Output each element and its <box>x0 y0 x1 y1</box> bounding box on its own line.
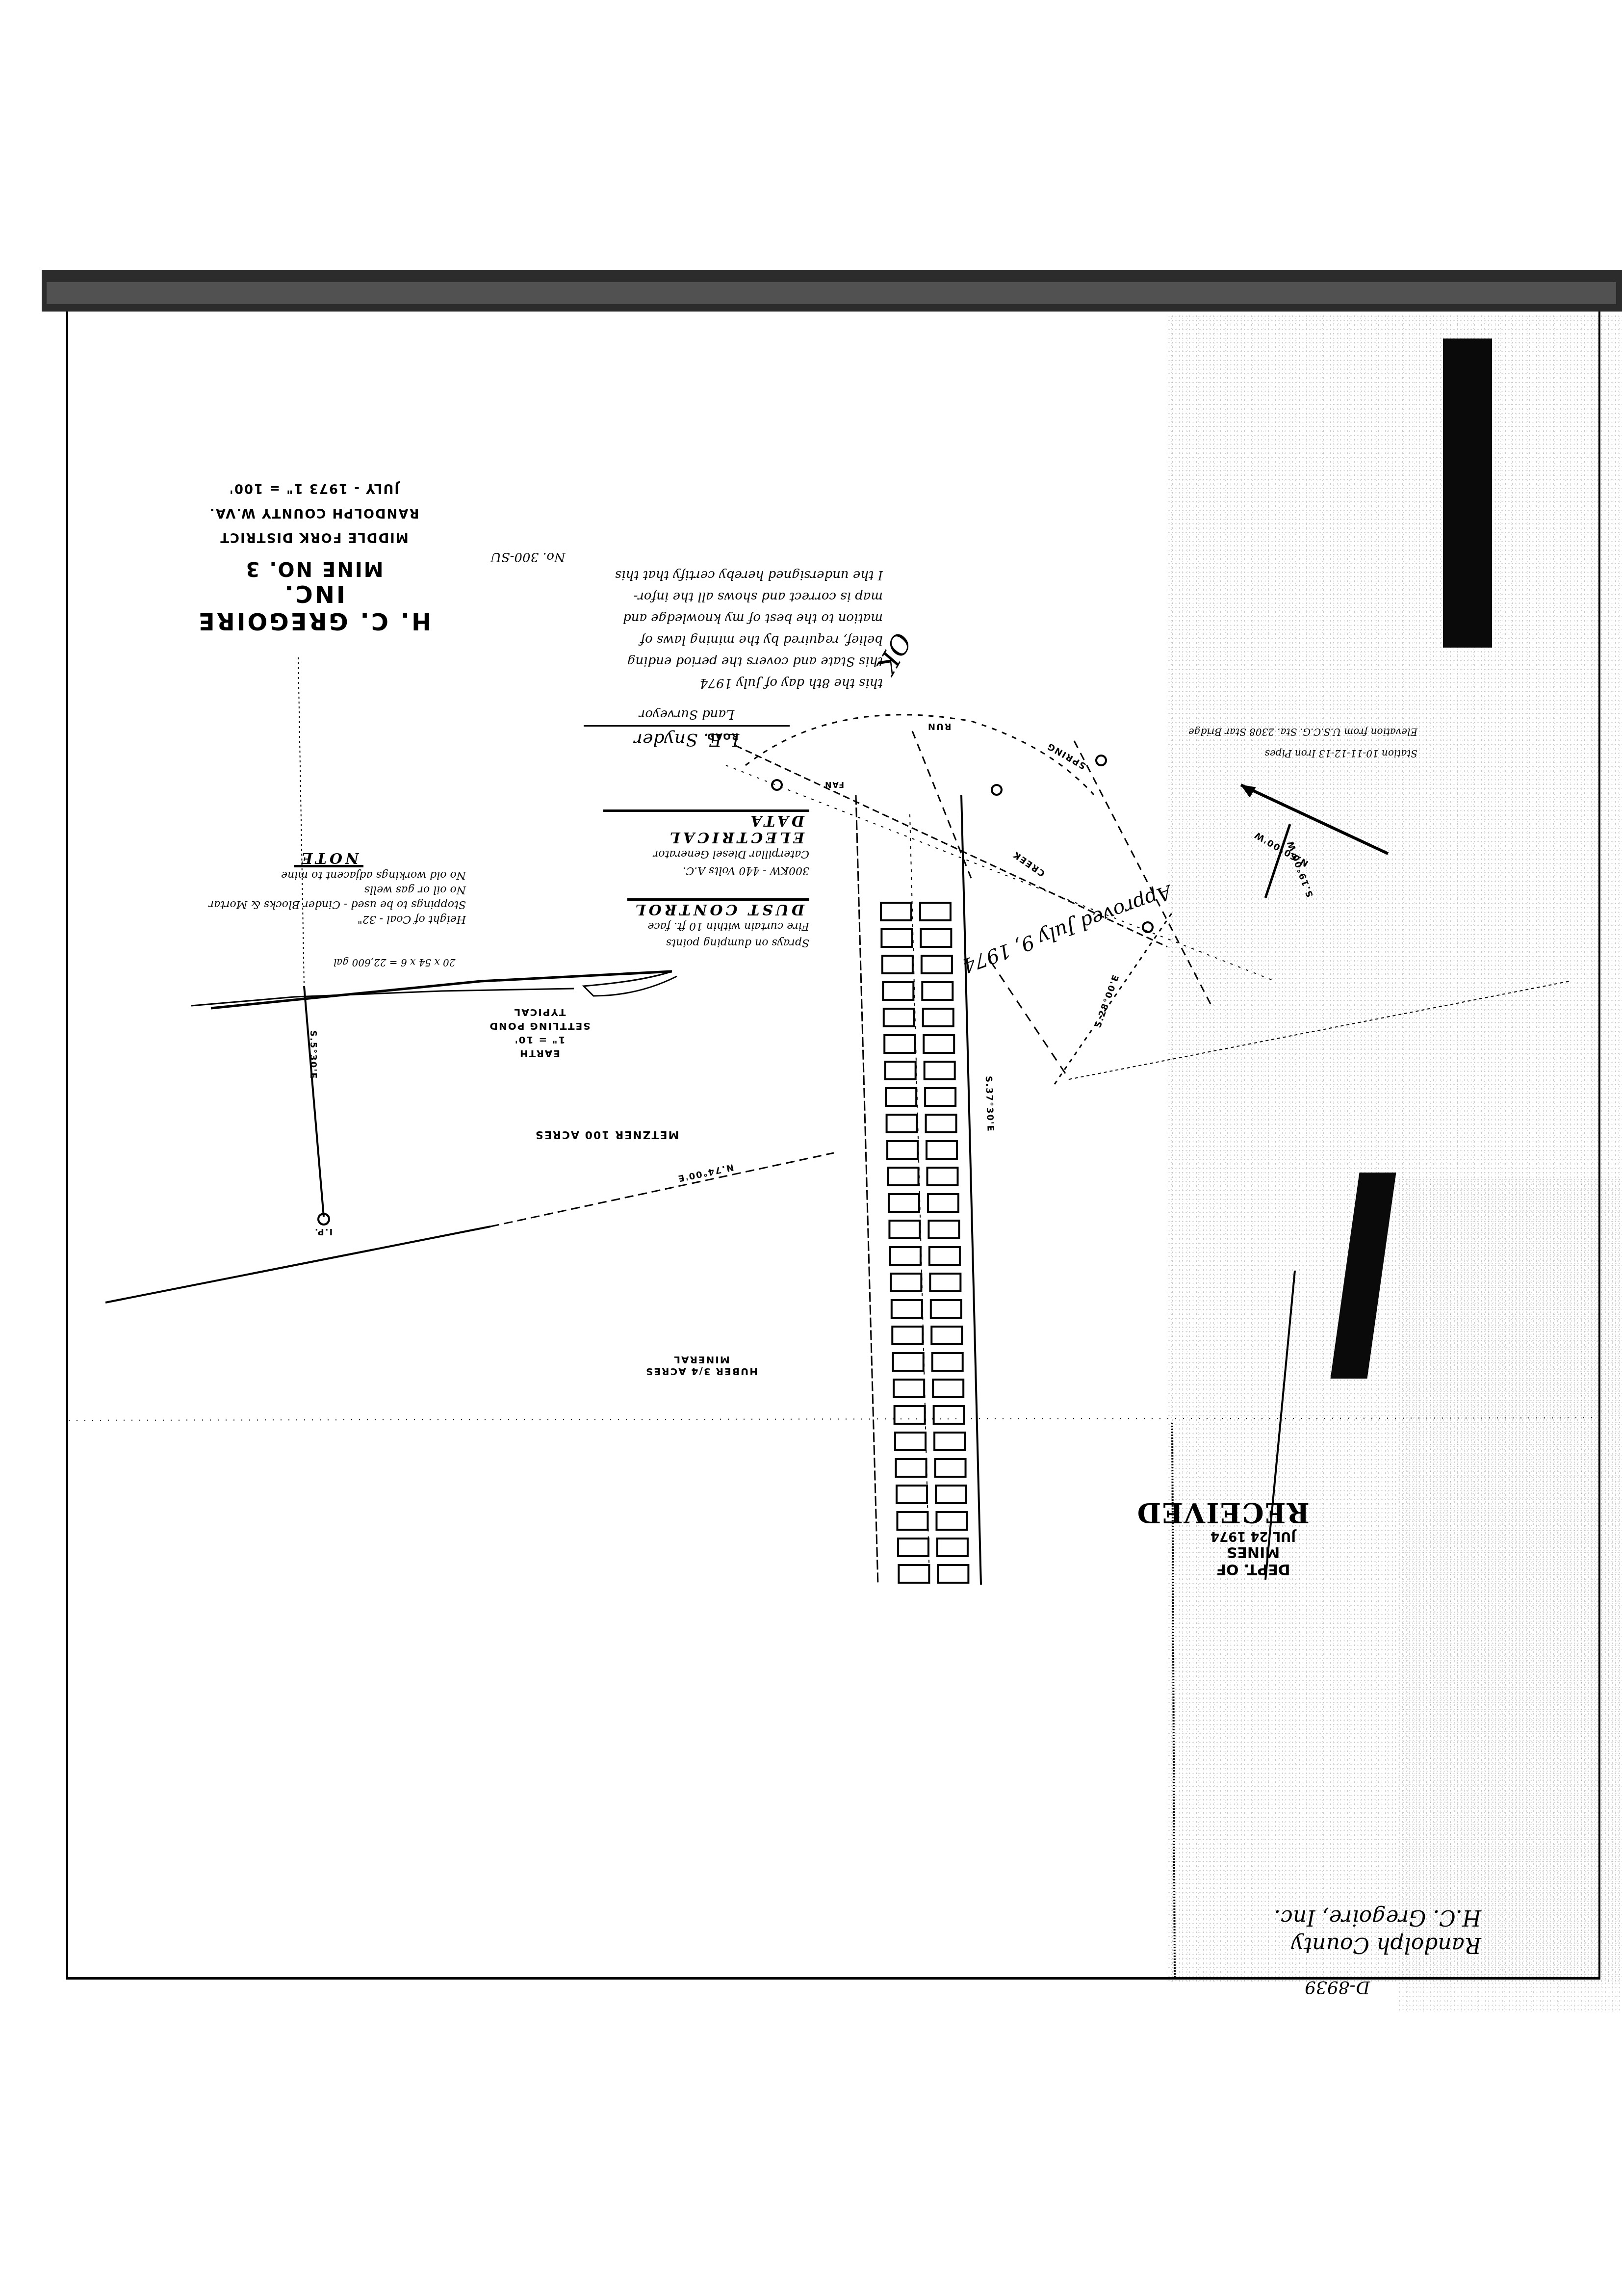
company-name: H. C. GREGOIRE INC. <box>186 580 441 635</box>
property-line-vertical <box>304 986 324 1217</box>
cert-line-2: map is correct and shows all the infor- <box>490 586 883 607</box>
pond-label-scale: 1" = 10' <box>481 1033 598 1047</box>
date-scale: JULY - 1973 1" = 100' <box>186 481 441 496</box>
surveyor-title: Land Surveyor <box>490 704 883 725</box>
cert-line-6: this the 8th day of July 1974 <box>490 672 883 694</box>
pond-label-name: SETTLING POND <box>481 1019 598 1033</box>
bearing-label: S.37°30'E <box>983 1076 996 1132</box>
note-line-3: Stoppings to be used - Cinder Blocks & M… <box>191 897 466 912</box>
pond-label-earth: EARTH <box>481 1047 598 1061</box>
road-label: ROAD <box>706 731 739 741</box>
received-stamp: DEPT. OF MINES JUL 24 1974 RECEIVED <box>1197 1496 1310 1578</box>
property-line <box>105 1226 490 1303</box>
mine-entry-right <box>961 795 981 1585</box>
filing-code: D-8939 <box>1305 1977 1370 1997</box>
fan-label: FAN <box>824 780 844 789</box>
electrical-data-heading: ELECTRICAL DATA <box>603 809 809 845</box>
huber-label: HUBER 3/4 ACRES MINERAL <box>643 1354 760 1378</box>
cert-line-4: belief, required by the mining laws of <box>490 629 883 651</box>
elevation-note-2: Station 10-11-12-13 Iron Pipes <box>1123 743 1417 764</box>
pond-label-typical: TYPICAL <box>481 1006 598 1019</box>
surveyor-signature: L.E. Snyder <box>490 729 883 750</box>
electrical-data: Sprays on dumping points Fire curtain wi… <box>603 809 809 951</box>
surveyor-license: No. 300-SU <box>490 549 566 564</box>
elevation-notes: Station 10-11-12-13 Iron Pipes Elevation… <box>1123 721 1417 764</box>
certification-text: L.E. Snyder Land Surveyor this the 8th d… <box>490 564 883 750</box>
iron-pin-label: I.P. <box>314 1226 333 1237</box>
run-label: RUN <box>927 721 952 731</box>
property-line-east <box>1069 981 1570 1079</box>
county: RANDOLPH COUNTY W.VA. <box>186 505 441 520</box>
fold-line <box>69 1418 1599 1420</box>
cert-line-1: I the undersigned hereby certify that th… <box>490 564 883 586</box>
bearing-label: S.5°30'E <box>308 1030 318 1079</box>
cert-line-5: this State and covers the period ending <box>490 651 883 672</box>
filing-company: H.C. Gregoire, Inc. <box>1256 1904 1481 1931</box>
mine-pillars <box>881 903 968 1583</box>
stamp-date: JUL 24 1974 <box>1197 1529 1310 1543</box>
note-line-4: Height of Coal - 32" <box>191 912 466 926</box>
dust-control-heading: DUST CONTROL <box>627 898 809 917</box>
title-block: H. C. GREGOIRE INC. MINE NO. 3 MIDDLE FO… <box>186 471 441 635</box>
dust-line-2: Sprays on dumping points <box>603 934 809 951</box>
dust-line-1: Fire curtain within 10 ft. face <box>603 917 809 934</box>
note-line-1: No old workings adjacent to mine <box>191 867 466 882</box>
mine-entry-left <box>856 795 878 1585</box>
electrical-line-1: Caterpillar Diesel Generator <box>603 845 809 862</box>
note-line-2: No oil or gas wells <box>191 882 466 897</box>
metzner-label: METZNER 100 ACRES <box>535 1128 679 1141</box>
note-heading: NOTE <box>294 850 364 867</box>
cert-line-3: mation to the best of my knowledge and <box>490 607 883 629</box>
stamp-dept: DEPT. OF MINES <box>1197 1543 1310 1578</box>
elevation-note-1: Elevation from U.S.C.G. Sta. 2308 Star B… <box>1123 721 1417 743</box>
pond-calc: 20 x 54 x 6 = 22,600 gal <box>334 957 456 968</box>
mine-name: MINE NO. 3 <box>186 557 441 580</box>
note-block: Height of Coal - 32" Stoppings to be use… <box>191 849 466 926</box>
property-line-dashed <box>490 1153 834 1226</box>
pond-labels: EARTH 1" = 10' SETTLING POND TYPICAL <box>481 1006 598 1061</box>
district: MIDDLE FORK DISTRICT <box>186 530 441 545</box>
filing-note: Randolph County H.C. Gregoire, Inc. <box>1256 1904 1481 1958</box>
stamp-received: RECEIVED <box>1197 1496 1310 1529</box>
electrical-line-2: 300KW - 440 Volts A.C. <box>603 862 809 879</box>
signature-line <box>584 725 790 727</box>
spring-line <box>1074 741 1211 1006</box>
filing-county: Randolph County <box>1256 1931 1481 1958</box>
arrow-head <box>1241 785 1256 797</box>
